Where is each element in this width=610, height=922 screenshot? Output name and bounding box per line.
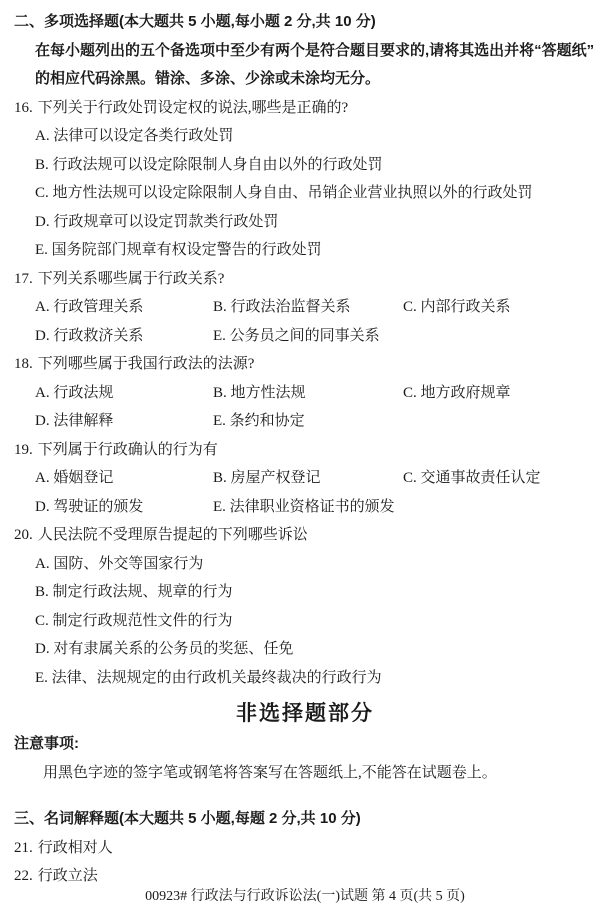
definition-item-22-number: 22. [14,868,33,884]
question-17-option-c: C. 内部行政关系 [403,293,596,322]
question-16-option-d: D. 行政规章可以设定罚款类行政处罚 [14,208,596,237]
question-19-stem: 下列属于行政确认的行为有 [38,442,218,458]
question-17-stem: 下列关系哪些属于行政关系? [38,271,225,287]
definition-item-21-number: 21. [14,840,33,856]
question-19-option-e: E. 法律职业资格证书的颁发 [213,493,403,522]
question-16-stem: 下列关于行政处罚设定权的说法,哪些是正确的? [38,100,348,116]
question-20-stem: 人民法院不受理原告提起的下列哪些诉讼 [38,527,308,543]
question-17-option-d: D. 行政救济关系 [35,322,213,351]
question-20-options: A. 国防、外交等国家行为 B. 制定行政法规、规章的行为 C. 制定行政规范性… [14,550,596,693]
question-17-stem-line: 17.下列关系哪些属于行政关系? [14,265,596,294]
question-19-options: A. 婚姻登记 B. 房屋产权登记 C. 交通事故责任认定 D. 驾驶证的颁发 … [35,464,596,521]
question-18-option-b: B. 地方性法规 [213,379,403,408]
notice-text: 用黑色字迹的签字笔或钢笔将答案写在答题纸上,不能答在试题卷上。 [14,759,596,788]
definition-item-22-term: 行政立法 [38,868,98,884]
instructions-line-2: 的相应代码涂黑。错涂、多涂、少涂或未涂均无分。 [14,65,596,94]
question-17-option-e: E. 公务员之间的同事关系 [213,322,403,351]
question-18-options: A. 行政法规 B. 地方性法规 C. 地方政府规章 D. 法律解释 E. 条约… [35,379,596,436]
question-20-option-a: A. 国防、外交等国家行为 [14,550,596,579]
question-16-options: A. 法律可以设定各类行政处罚 B. 行政法规可以设定除限制人身自由以外的行政处… [14,122,596,265]
question-19-stem-line: 19.下列属于行政确认的行为有 [14,436,596,465]
question-18-number: 18. [14,356,33,372]
question-19-option-a: A. 婚姻登记 [35,464,213,493]
question-20-option-d: D. 对有隶属关系的公务员的奖惩、任免 [14,635,596,664]
question-17-option-a: A. 行政管理关系 [35,293,213,322]
question-19-number: 19. [14,442,33,458]
question-16-option-e: E. 国务院部门规章有权设定警告的行政处罚 [14,236,596,265]
definition-item-21-term: 行政相对人 [38,840,113,856]
question-18-stem-line: 18.下列哪些属于我国行政法的法源? [14,350,596,379]
question-19: 19.下列属于行政确认的行为有 A. 婚姻登记 B. 房屋产权登记 C. 交通事… [14,436,596,522]
page-footer: 00923# 行政法与行政诉讼法(一)试题 第 4 页(共 5 页) [0,887,610,907]
question-17-options: A. 行政管理关系 B. 行政法治监督关系 C. 内部行政关系 D. 行政救济关… [35,293,596,350]
question-18-option-c: C. 地方政府规章 [403,379,596,408]
question-18-option-e: E. 条约和协定 [213,407,403,436]
section-definitions-heading: 三、名词解释题(本大题共 5 小题,每题 2 分,共 10 分) [14,805,596,834]
definition-item-21: 21.行政相对人 [14,834,596,863]
question-18-stem: 下列哪些属于我国行政法的法源? [38,356,255,372]
question-16-option-a: A. 法律可以设定各类行政处罚 [14,122,596,151]
question-18: 18.下列哪些属于我国行政法的法源? A. 行政法规 B. 地方性法规 C. 地… [14,350,596,436]
non-choice-section-title: 非选择题部分 [14,698,596,730]
question-19-option-d: D. 驾驶证的颁发 [35,493,213,522]
question-16: 16.下列关于行政处罚设定权的说法,哪些是正确的? A. 法律可以设定各类行政处… [14,94,596,265]
question-20-number: 20. [14,527,33,543]
question-18-option-d: D. 法律解释 [35,407,213,436]
question-16-option-b: B. 行政法规可以设定除限制人身自由以外的行政处罚 [14,151,596,180]
question-18-option-a: A. 行政法规 [35,379,213,408]
question-19-option-c: C. 交通事故责任认定 [403,464,596,493]
instructions-line-1: 在每小题列出的五个备选项中至少有两个是符合题目要求的,请将其选出并将“答题纸” [14,37,596,66]
exam-page: 二、多项选择题(本大题共 5 小题,每小题 2 分,共 10 分) 在每小题列出… [0,0,610,922]
question-20-option-b: B. 制定行政法规、规章的行为 [14,578,596,607]
question-20-stem-line: 20.人民法院不受理原告提起的下列哪些诉讼 [14,521,596,550]
question-17: 17.下列关系哪些属于行政关系? A. 行政管理关系 B. 行政法治监督关系 C… [14,265,596,351]
question-16-stem-line: 16.下列关于行政处罚设定权的说法,哪些是正确的? [14,94,596,123]
question-16-number: 16. [14,100,33,116]
question-20-option-c: C. 制定行政规范性文件的行为 [14,607,596,636]
question-16-option-c: C. 地方性法规可以设定除限制人身自由、吊销企业营业执照以外的行政处罚 [14,179,596,208]
question-17-option-b: B. 行政法治监督关系 [213,293,403,322]
notice-heading: 注意事项: [14,730,596,759]
section-multiple-choice-heading: 二、多项选择题(本大题共 5 小题,每小题 2 分,共 10 分) [14,8,596,37]
question-19-option-b: B. 房屋产权登记 [213,464,403,493]
question-20: 20.人民法院不受理原告提起的下列哪些诉讼 A. 国防、外交等国家行为 B. 制… [14,521,596,692]
question-17-number: 17. [14,271,33,287]
question-20-option-e: E. 法律、法规规定的由行政机关最终裁决的行政行为 [14,664,596,693]
